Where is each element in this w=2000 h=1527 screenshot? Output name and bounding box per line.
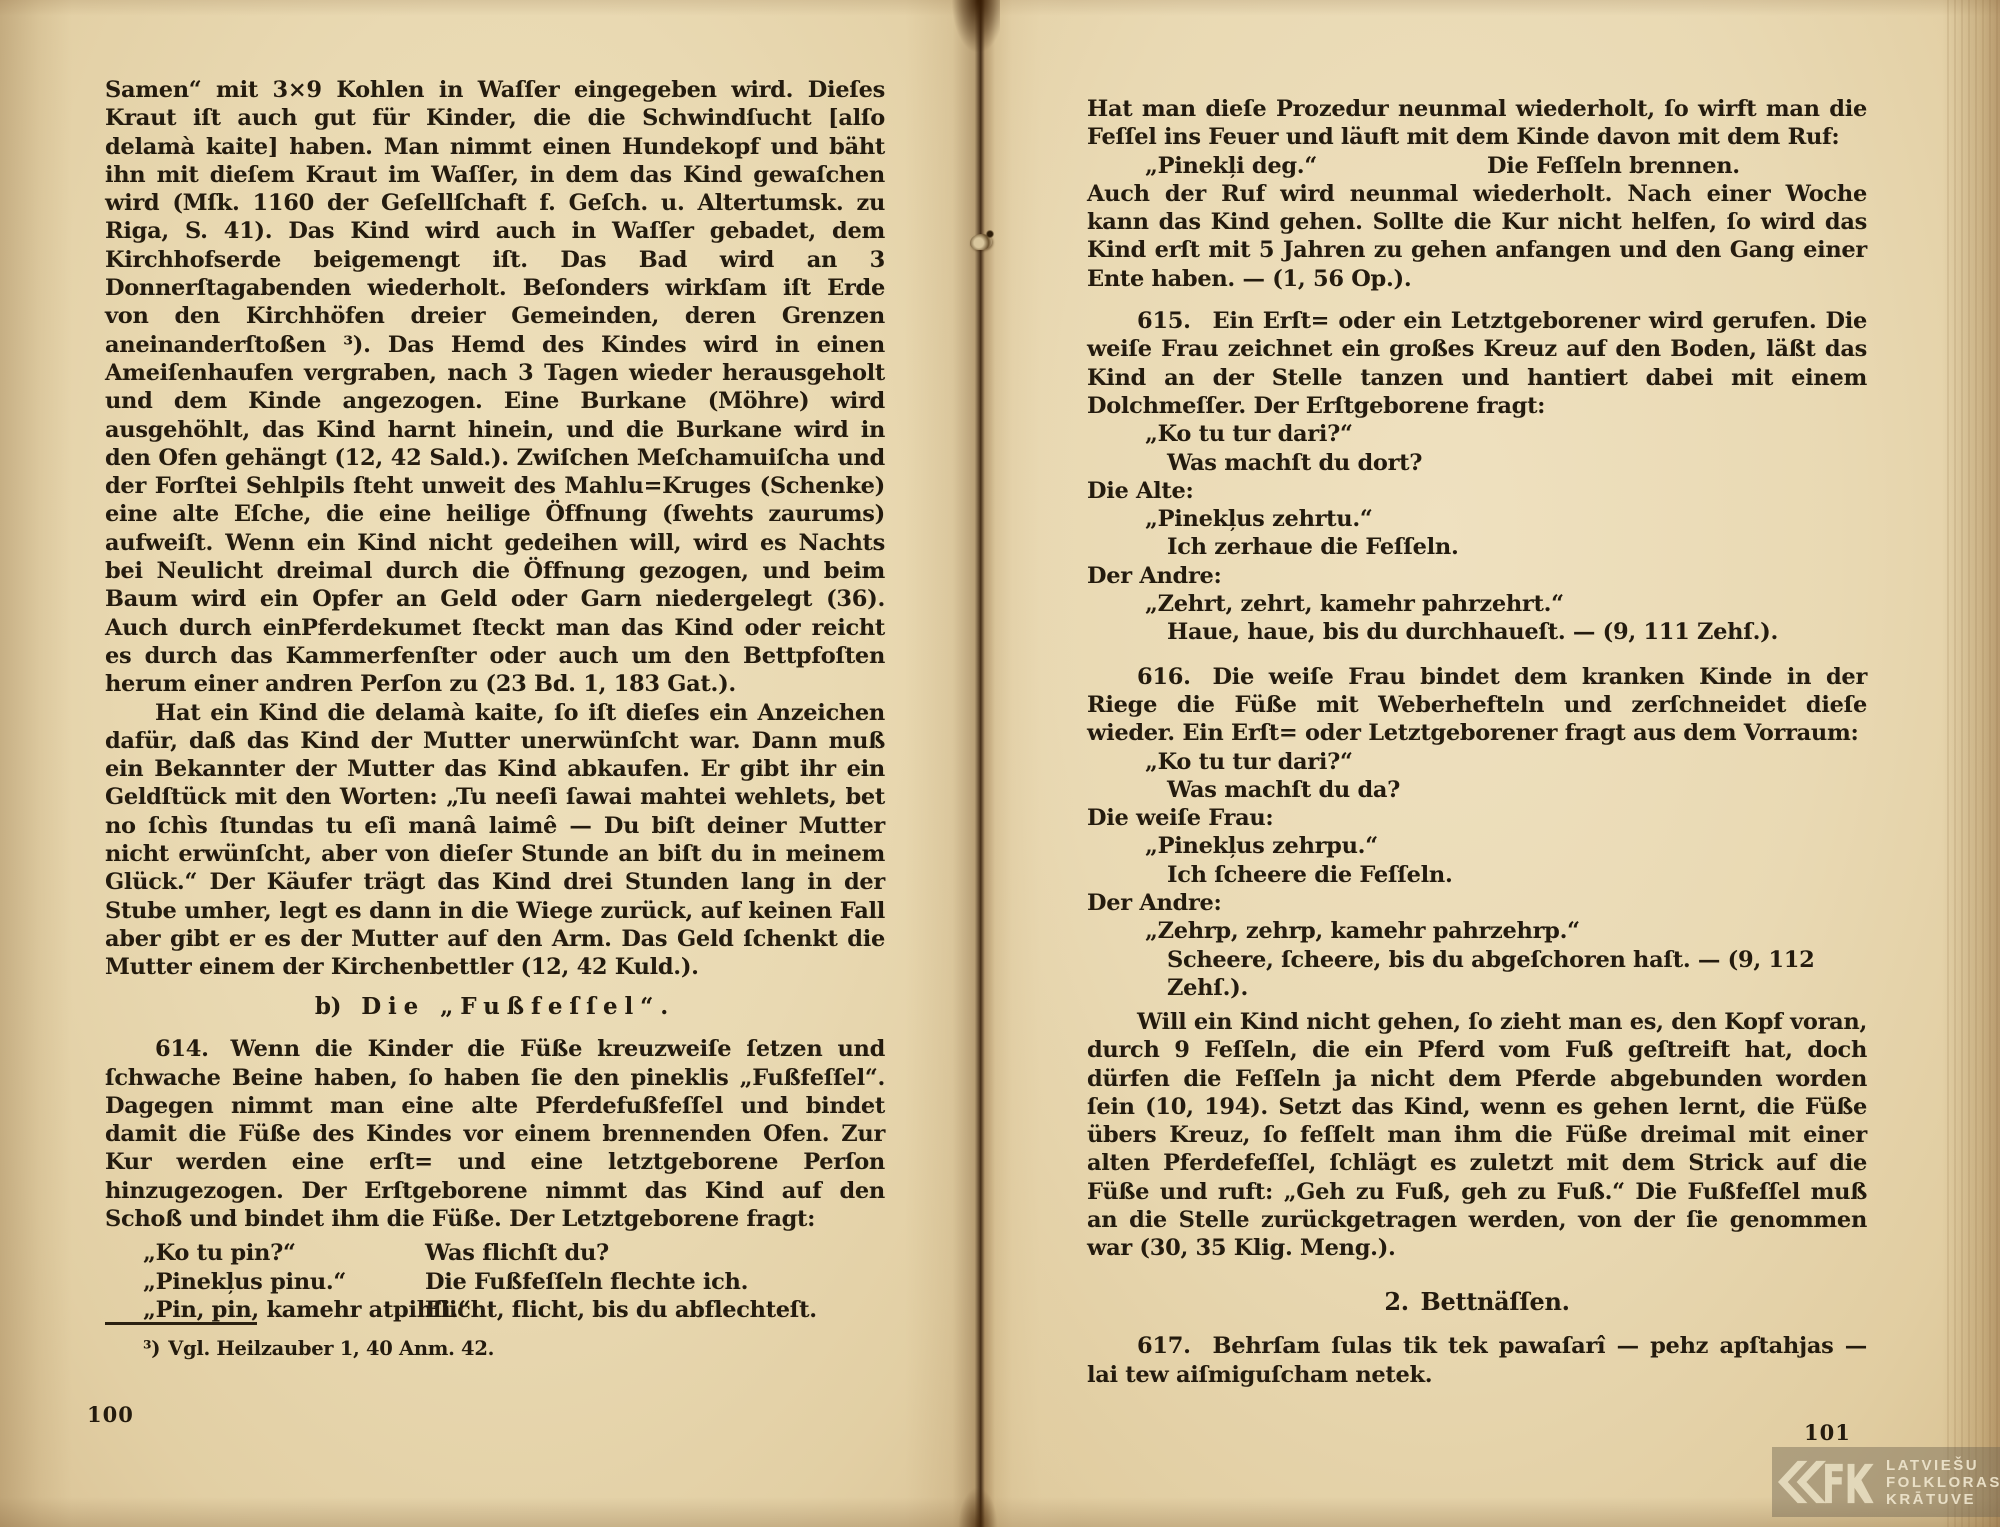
- dialogue-row: „Ko tu pin?“ Was flichſt du?: [105, 1239, 885, 1267]
- watermark-text: LATVIEŠU FOLKLORAS KRĀTUVE: [1886, 1457, 2000, 1508]
- dialogue-latvian: „Ko tu pin?“: [105, 1240, 296, 1266]
- dialogue-line: Was machſt du dort?: [1087, 449, 1867, 477]
- right-page-closing-block: Will ein Kind nicht gehen, ſo zieht man …: [1087, 1008, 1867, 1263]
- dialogue-line: Haue, haue, bis du durchhaueſt. — (9, 11…: [1087, 618, 1867, 646]
- left-page-edge-shading: [0, 0, 72, 1527]
- watermark-line: FOLKLORAS: [1886, 1474, 2000, 1491]
- right-page-bettnaessen-block: 2. Bettnäſſen. 617. Behrſam ſulas tik te…: [1087, 1288, 1867, 1389]
- dialogue-616: „Ko tu tur dari?“ Was machſt du da? Die …: [1087, 748, 1867, 1003]
- dialogue-line: „Zehrt, zehrt, kamehr pahrzehrt.“: [1087, 590, 1867, 618]
- paper-speck: [970, 234, 992, 250]
- paragraph-617: 617. Behrſam ſulas tik tek pawaſarî — pe…: [1087, 1332, 1867, 1389]
- page-number-right: 101: [1804, 1420, 1851, 1445]
- dialogue-german: Flicht, flicht, bis du abflechteſt.: [425, 1296, 817, 1324]
- dialogue-615: „Ko tu tur dari?“ Was machſt du dort? Di…: [1087, 420, 1867, 646]
- paragraph-614-continuation: Hat man dieſe Prozedur neunmal wiederhol…: [1087, 95, 1867, 152]
- page-number-left: 100: [87, 1402, 134, 1427]
- watermark-line: KRĀTUVE: [1886, 1491, 2000, 1508]
- gutter-stain-top: [952, 0, 1000, 52]
- dialogue-speaker: Die Alte:: [1087, 477, 1867, 505]
- dialogue-latvian: „Pinekļi deg.“: [1087, 153, 1317, 179]
- paragraph: Hat ein Kind die delamà kaite, ſo iſt di…: [105, 699, 885, 982]
- dialogue-row: „Pinekļus pinu.“ Die Fußfeſſeln flechte …: [105, 1268, 885, 1296]
- dialogue-latvian: „Pin, pin, kamehr atpihſi.“: [105, 1297, 471, 1323]
- closing-paragraph: Will ein Kind nicht gehen, ſo zieht man …: [1087, 1008, 1867, 1263]
- dialogue-line: Scheere, ſcheere, bis du abgeſchoren haſ…: [1087, 946, 1867, 1003]
- dialogue-line: „Ko tu tur dari?“: [1087, 420, 1867, 448]
- dialogue-german: Die Feſſeln brennen.: [1487, 152, 1740, 180]
- dialogue-614-right: „Pinekļi deg.“ Die Feſſeln brennen.: [1087, 152, 1867, 180]
- heading-title: Die „Fußfeſſel“.: [361, 993, 675, 1020]
- dialogue-line: Was machſt du da?: [1087, 776, 1867, 804]
- footnote-rule: [105, 1322, 257, 1325]
- watermark-lfk: LATVIEŠU FOLKLORAS KRĀTUVE: [1772, 1447, 2000, 1517]
- heading-label: b): [315, 993, 341, 1020]
- book-spread: Samen“ mit 3×9 Kohlen in Waſſer eingegeb…: [0, 0, 2000, 1527]
- dialogue-speaker: Der Andre:: [1087, 889, 1867, 917]
- dialogue-line: „Zehrp, zehrp, kamehr pahrzehrp.“: [1087, 917, 1867, 945]
- dialogue-line: „Pinekļus zehrpu.“: [1087, 832, 1867, 860]
- paragraph-616: 616. Die weiſe Frau bindet dem kranken K…: [1087, 663, 1867, 748]
- dialogue-line: „Ko tu tur dari?“: [1087, 748, 1867, 776]
- right-page-text-block: Hat man dieſe Prozedur neunmal wiederhol…: [1087, 95, 1867, 1002]
- dialogue-speaker: Der Andre:: [1087, 562, 1867, 590]
- footnote-block: ³)Vgl. Heilzauber 1, 40 Anm. 42.: [105, 1322, 885, 1363]
- dialogue-line: Ich zerhaue die Feſſeln.: [1087, 533, 1867, 561]
- dialogue-row: „Pin, pin, kamehr atpihſi.“ Flicht, flic…: [105, 1296, 885, 1324]
- gutter-stain-bottom: [958, 1487, 998, 1527]
- footnote-text: Vgl. Heilzauber 1, 40 Anm. 42.: [168, 1337, 494, 1360]
- left-page-text-block: Samen“ mit 3×9 Kohlen in Waſſer eingegeb…: [105, 76, 885, 982]
- dialogue-line: „Pinekļus zehrtu.“: [1087, 505, 1867, 533]
- dialogue-614-left: „Ko tu pin?“ Was flichſt du? „Pinekļus p…: [105, 1239, 885, 1324]
- dialogue-german: Was flichſt du?: [425, 1239, 609, 1267]
- book-fore-edge: [1942, 0, 2000, 1527]
- dialogue-line: Ich ſcheere die Feſſeln.: [1087, 861, 1867, 889]
- watermark-line: LATVIEŠU: [1886, 1457, 2000, 1474]
- lfk-logo-icon: [1776, 1454, 1880, 1510]
- paragraph-614: 614. Wenn die Kinder die Füße kreuzweiſe…: [105, 1035, 885, 1233]
- paragraph: Auch der Ruf wird neunmal wiederholt. Na…: [1087, 180, 1867, 293]
- footnote: ³)Vgl. Heilzauber 1, 40 Anm. 42.: [105, 1335, 885, 1363]
- dialogue-speaker: Die weiſe Frau:: [1087, 804, 1867, 832]
- section-heading-bettnaessen: 2. Bettnäſſen.: [1087, 1288, 1867, 1316]
- paragraph-615: 615. Ein Erſt= oder ein Letztgeborener w…: [1087, 307, 1867, 420]
- section-heading-fussfessel: b)Die „Fußfeſſel“.: [105, 993, 885, 1021]
- paragraph-continuation: Samen“ mit 3×9 Kohlen in Waſſer eingegeb…: [105, 76, 885, 699]
- dialogue-german: Die Fußfeſſeln flechte ich.: [425, 1268, 748, 1296]
- dialogue-latvian: „Pinekļus pinu.“: [105, 1269, 346, 1295]
- footnote-marker: ³): [143, 1337, 160, 1360]
- left-page-section-block: b)Die „Fußfeſſel“. 614. Wenn die Kinder …: [105, 993, 885, 1324]
